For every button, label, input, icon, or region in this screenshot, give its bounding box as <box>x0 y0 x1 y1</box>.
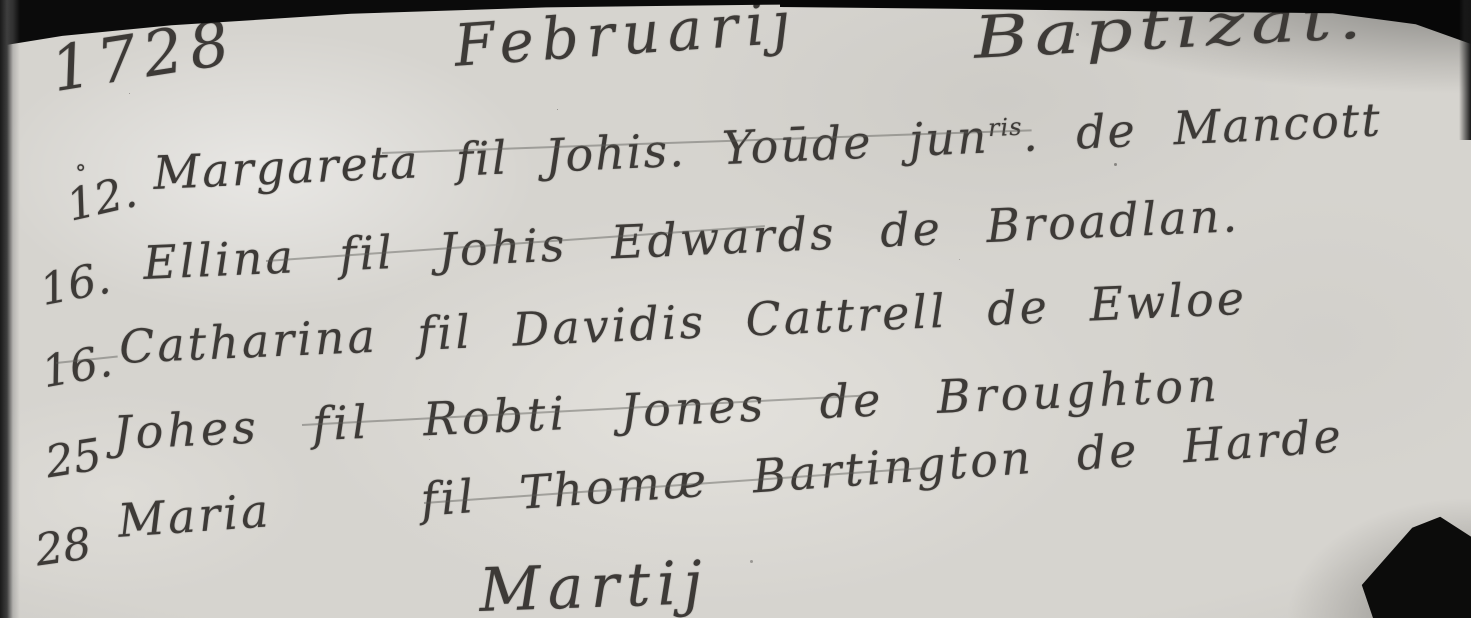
entry-text-main: Catharina fil Davidis Cattrell de Ewloe <box>118 271 1248 374</box>
entry-day: 16. <box>36 253 114 316</box>
entry-text-main: Ellina fil Johis Edwards de Broadlan. <box>142 188 1241 290</box>
baptism-register-page-scan: 1728 Februarij Baptizat. 12.° Margareta … <box>0 0 1471 618</box>
entry-day: 25 <box>42 429 105 488</box>
entry-day-number: 16. <box>38 336 116 398</box>
entry-day: 12.° <box>62 166 142 231</box>
entry-text-main: Margareta fil Johis. Yoūde jun <box>152 110 990 200</box>
entry-abbreviation-superscript: ris <box>987 113 1023 142</box>
entry-text-tail: . de Mancott <box>1022 92 1383 162</box>
scan-edge-right <box>1459 0 1471 140</box>
entry-day: 28 <box>32 518 95 576</box>
entry-text: Margareta fil Johis. Yoūde junris. de Ma… <box>152 92 1383 200</box>
entry-text: Catharina fil Davidis Cattrell de Ewloe <box>118 271 1248 374</box>
entry-day-number: 28 <box>32 518 95 576</box>
entry-day: 16. <box>38 336 116 398</box>
scan-edge-left <box>0 0 20 618</box>
entry-text: Ellina fil Johis Edwards de Broadlan. <box>142 188 1241 290</box>
entry-text-main: Maria <box>116 483 273 548</box>
entry-day-number: 12. <box>62 166 142 231</box>
month-heading: Februarij <box>452 0 800 80</box>
entry-day-number: 16. <box>36 253 114 316</box>
entry-day-number: 25 <box>42 429 105 488</box>
next-month-heading: Martij <box>478 548 710 618</box>
